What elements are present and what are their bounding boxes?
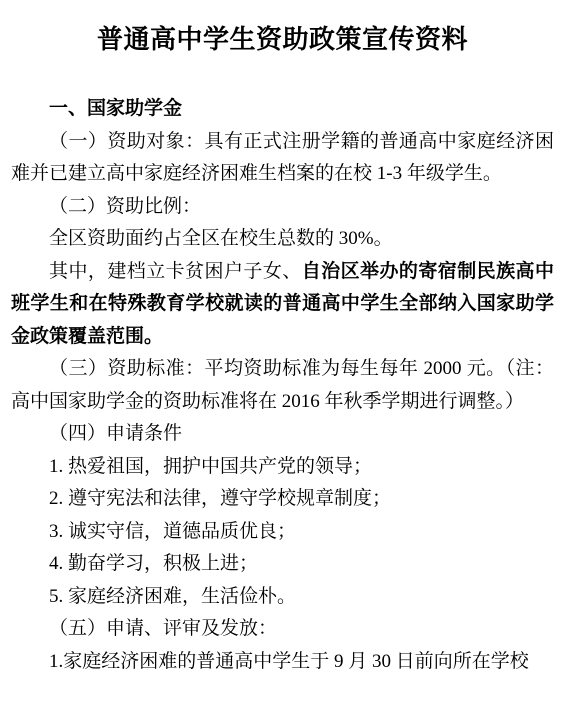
condition-item-4: 4. 勤奋学习，积极上进； (11, 548, 554, 581)
condition-item-1: 1. 热爱祖国，拥护中国共产党的领导； (11, 451, 554, 484)
paragraph-support-target: （一）资助对象：具有正式注册学籍的普通高中家庭经济困难并已建立高中家庭经济困难生… (11, 126, 554, 191)
coverage-normal-text: 其中，建档立卡贫困户子女、 (49, 261, 302, 282)
condition-item-3: 3. 诚实守信，道德品质优良； (11, 516, 554, 549)
paragraph-support-ratio-value: 全区资助面约占全区在校生总数的 30%。 (11, 223, 554, 256)
paragraph-apply-review-heading: （五）申请、评审及发放： (11, 613, 554, 646)
section-heading-national-grant: 一、国家助学金 (11, 93, 554, 126)
paragraph-apply-step-1: 1.家庭经济困难的普通高中学生于 9 月 30 日前向所在学校 (11, 646, 554, 679)
condition-item-2: 2. 遵守宪法和法律，遵守学校规章制度； (11, 483, 554, 516)
paragraph-coverage: 其中，建档立卡贫困户子女、自治区举办的寄宿制民族高中班学生和在特殊教育学校就读的… (11, 256, 554, 354)
paragraph-support-ratio-label: （二）资助比例： (11, 191, 554, 224)
document-body: 一、国家助学金 （一）资助对象：具有正式注册学籍的普通高中家庭经济困难并已建立高… (11, 93, 554, 678)
document-page: 普通高中学生资助政策宣传资料 一、国家助学金 （一）资助对象：具有正式注册学籍的… (0, 0, 575, 706)
document-title: 普通高中学生资助政策宣传资料 (11, 23, 554, 57)
paragraph-support-standard: （三）资助标准：平均资助标准为每生每年 2000 元。（注：高中国家助学金的资助… (11, 353, 554, 418)
condition-item-5: 5. 家庭经济困难，生活俭朴。 (11, 581, 554, 614)
paragraph-apply-conditions-heading: （四）申请条件 (11, 418, 554, 451)
